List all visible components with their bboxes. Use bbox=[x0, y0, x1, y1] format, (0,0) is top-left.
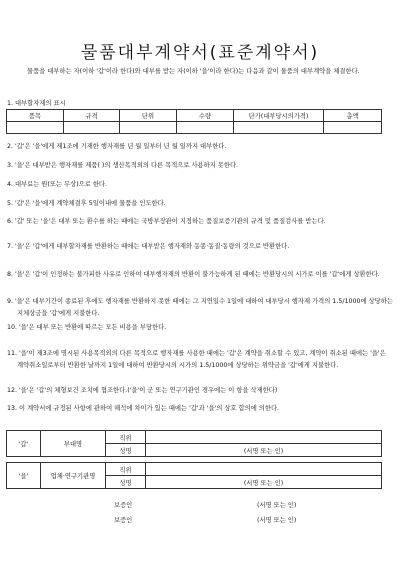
party-b-rank-label: 직위 bbox=[106, 463, 146, 476]
col-unit-price: 단가(대부당시의가격) bbox=[234, 110, 324, 122]
party-b-name-label: 성명 bbox=[106, 476, 146, 489]
clause-6: 6. '갑' 또는 '을'은 대부 또는 환수를 하는 때에는 국방부장관이 지… bbox=[7, 216, 393, 228]
party-a-rank-label: 직위 bbox=[106, 431, 146, 444]
clause-5: 5. '갑'은 '을'에게 계약체결후 5일이내에 물품을 인도한다. bbox=[7, 198, 393, 210]
cell-item[interactable] bbox=[7, 122, 64, 134]
party-b-org-label: 업체·연구기관명 bbox=[41, 463, 106, 489]
guarantor-1-label: 보증인 bbox=[114, 500, 132, 509]
party-a-signature-table: '갑' 부대명 직위 성명 (서명 또는 인) bbox=[6, 430, 382, 457]
party-b-label: '을' bbox=[7, 463, 41, 489]
party-b-rank-field[interactable] bbox=[146, 463, 382, 476]
guarantor-2-label: 보증인 bbox=[114, 515, 132, 524]
party-b-signature-field[interactable]: (서명 또는 인) bbox=[146, 476, 382, 489]
col-unit: 단위 bbox=[120, 110, 177, 122]
clause-9: 9. '을'은 대부기간이 종료된 후에도 행자재를 반환하지 못한 때에는 그… bbox=[7, 296, 393, 320]
intro-paragraph: 물품을 대부하는 자(이하 '갑'이라 한다)와 대부를 받는 자(이하 '을'… bbox=[7, 66, 393, 78]
clause-7: 7. '을'은 '갑'에게 대부할자재를 반환하는 때에는 대부받은 행자재와 … bbox=[7, 241, 393, 253]
goods-table: 품목 규격 단위 수량 단가(대부당시의가격) 총액 bbox=[6, 109, 382, 134]
clause-10: 10. '을'은 대부 또는 반환에 따르는 모든 비용을 부담한다. bbox=[7, 322, 393, 334]
guarantor-2-signature[interactable]: (서명 또는 인) bbox=[257, 515, 296, 524]
goods-table-row bbox=[7, 122, 382, 134]
clause-4: 4. 대부료는 원(또는 무상)으로 한다. bbox=[7, 179, 393, 191]
party-a-org-label: 부대명 bbox=[41, 431, 106, 457]
clause-12: 12. '을'은 '갑'의 체형보건 조치에 협조한다.('을'이 군 또는 연… bbox=[7, 385, 393, 397]
col-spec: 규격 bbox=[64, 110, 120, 122]
col-quantity: 수량 bbox=[177, 110, 234, 122]
goods-table-header: 품목 규격 단위 수량 단가(대부당시의가격) 총액 bbox=[7, 110, 382, 122]
party-a-name-label: 성명 bbox=[106, 444, 146, 457]
party-a-rank-field[interactable] bbox=[146, 431, 382, 444]
cell-total[interactable] bbox=[324, 122, 382, 134]
clause-13: 13. 이 계약서에 규정된 사항에 관하여 해석에 차이가 있는 때에는 '갑… bbox=[7, 403, 393, 415]
cell-unit-price[interactable] bbox=[234, 122, 324, 134]
guarantor-1-signature[interactable]: (서명 또는 인) bbox=[257, 500, 296, 509]
cell-unit[interactable] bbox=[120, 122, 177, 134]
col-item: 품목 bbox=[7, 110, 64, 122]
party-a-signature-field[interactable]: (서명 또는 인) bbox=[146, 444, 382, 457]
document-title: 물품대부계약서(표준계약서) bbox=[0, 38, 400, 63]
cell-quantity[interactable] bbox=[177, 122, 234, 134]
clause-3: 3. '을'은 대부받은 행자재를 제품( )의 생산목적외의 다른 목적으로 … bbox=[7, 160, 393, 172]
clause-2: 2. '갑'은 '을'에게 제1조에 기재한 행자재를 년 월 일부터 년 월 … bbox=[7, 141, 393, 153]
col-total: 총액 bbox=[324, 110, 382, 122]
cell-spec[interactable] bbox=[64, 122, 120, 134]
party-a-label: '갑' bbox=[7, 431, 41, 457]
clause-11: 11. '을'이 제3조에 명시된 사용목적외의 다른 목적으로 행자재를 사용… bbox=[7, 348, 393, 372]
clause-8: 8. '을'은 '갑'이 인정하는 불가피한 사유로 인하여 대부행자재의 반환… bbox=[7, 269, 393, 281]
party-b-signature-table: '을' 업체·연구기관명 직위 성명 (서명 또는 인) bbox=[6, 462, 382, 489]
